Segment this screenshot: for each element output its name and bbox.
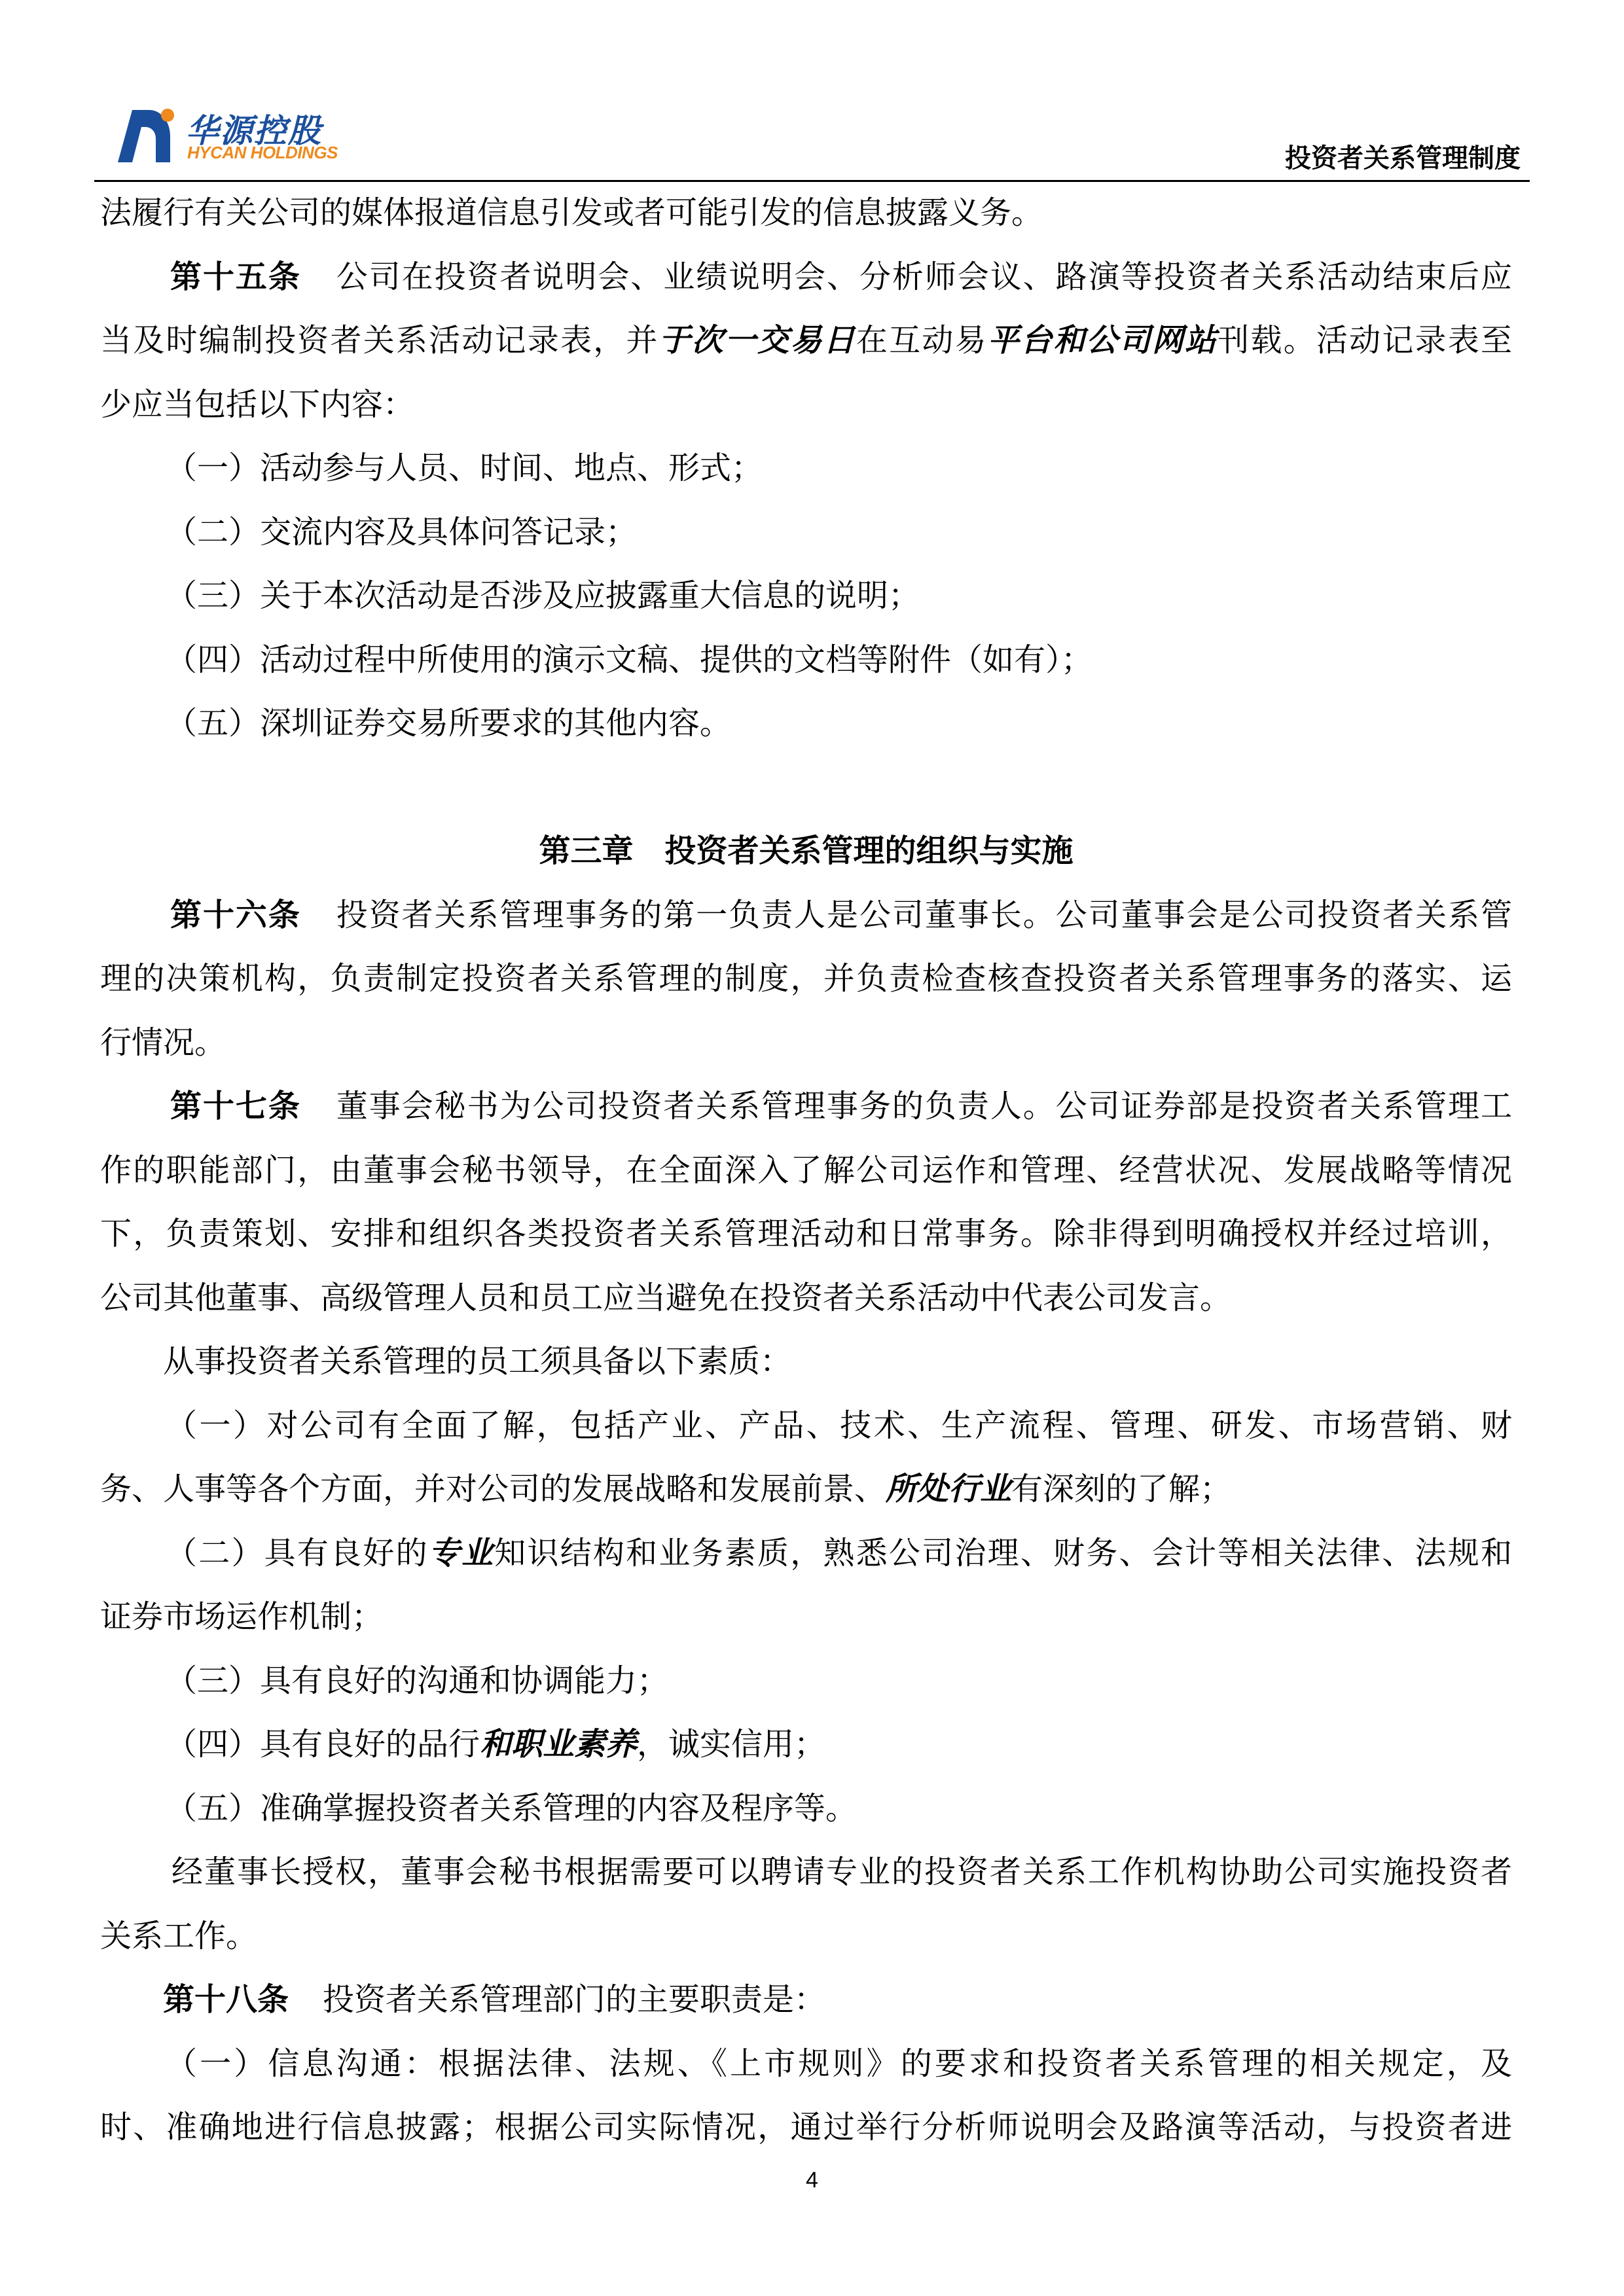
body-text: （三）具有良好的沟通和协调能力； — [166, 1662, 668, 1699]
body-text: 投资者关系管理部门的主要职责是： — [323, 1981, 825, 2018]
text-line: （二）具有良好的专业知识结构和业务素质，熟悉公司治理、财务、会计等相关法律、法规… — [166, 1522, 1512, 1586]
body-text: 关系工作。 — [100, 1918, 257, 1954]
body-text: 经董事长授权，董事会秘书根据需要可以聘请专业的投资者关系工作机构协助公司实施投资… — [171, 1854, 1512, 1890]
emphasized-text: 于次一交易日 — [659, 322, 856, 359]
text-line: （三）具有良好的沟通和协调能力； — [166, 1649, 1512, 1713]
emphasized-text: 平台和公司网站 — [988, 322, 1218, 359]
body-text: （一）信息沟通：根据法律、法规、《上市规则》的要求和投资者关系管理的相关规定，及 — [166, 2045, 1512, 2082]
text-line: 经董事长授权，董事会秘书根据需要可以聘请专业的投资者关系工作机构协助公司实施投资… — [171, 1840, 1512, 1905]
body-text: 公司在投资者说明会、业绩说明会、分析师会议、路演等投资者关系活动结束后应 — [335, 259, 1512, 295]
text-line: 下，负责策划、安排和组织各类投资者关系管理活动和日常事务。除非得到明确授权并经过… — [100, 1202, 1512, 1266]
chapter-heading: 第三章投资者关系管理的组织与实施 — [100, 819, 1512, 884]
body-text: （五）深圳证券交易所要求的其他内容。 — [166, 705, 731, 742]
text-line: 行情况。 — [100, 1011, 1512, 1075]
emphasized-text: 所处行业 — [886, 1471, 1011, 1507]
document-page: 华源控股 HYCAN HOLDINGS 投资者关系管理制度 法履行有关公司的媒体… — [0, 0, 1624, 2296]
body-text: 理的决策机构，负责制定投资者关系管理的制度，并负责检查核查投资者关系管理事务的落… — [100, 960, 1512, 997]
text-line: 第十五条公司在投资者说明会、业绩说明会、分析师会议、路演等投资者关系活动结束后应 — [170, 245, 1512, 310]
text-line: （一）活动参与人员、时间、地点、形式； — [166, 437, 1512, 501]
text-line: 公司其他董事、高级管理人员和员工应当避免在投资者关系活动中代表公司发言。 — [100, 1266, 1512, 1331]
company-logo: 华源控股 HYCAN HOLDINGS — [113, 107, 355, 164]
body-text: （一）活动参与人员、时间、地点、形式； — [166, 450, 763, 486]
body-text: 作的职能部门，由董事会秘书领导，在全面深入了解公司运作和管理、经营状况、发展战略… — [100, 1152, 1512, 1189]
text-line: （四）具有良好的品行和职业素养，诚实信用； — [166, 1713, 1512, 1777]
body-text: 时、准确地进行信息披露；根据公司实际情况，通过举行分析师说明会及路演等活动，与投… — [100, 2109, 1512, 2145]
body-text: （二）交流内容及具体问答记录； — [166, 514, 637, 550]
body-text: 董事会秘书为公司投资者关系管理事务的负责人。公司证券部是投资者关系管理工 — [335, 1088, 1512, 1124]
text-line: 第十六条投资者关系管理事务的第一负责人是公司董事长。公司董事会是公司投资者关系管 — [170, 884, 1512, 948]
body-text: （三）关于本次活动是否涉及应披露重大信息的说明； — [166, 577, 920, 614]
text-line: （一）对公司有全面了解，包括产业、产品、技术、生产流程、管理、研发、市场营销、财 — [166, 1394, 1512, 1458]
body-text: （四）活动过程中所使用的演示文稿、提供的文档等附件（如有）； — [166, 641, 1092, 678]
text-line: 作的职能部门，由董事会秘书领导，在全面深入了解公司运作和管理、经营状况、发展战略… — [100, 1139, 1512, 1203]
body-text: 下，负责策划、安排和组织各类投资者关系管理活动和日常事务。除非得到明确授权并经过… — [100, 1215, 1512, 1252]
text-line: 务、人事等各个方面，并对公司的发展战略和发展前景、所处行业有深刻的了解； — [100, 1458, 1512, 1522]
heading-text: 第三章 — [539, 833, 633, 869]
text-line: （三）关于本次活动是否涉及应披露重大信息的说明； — [166, 564, 1512, 628]
body-text: 知识结构和业务素质，熟悉公司治理、财务、会计等相关法律、法规和 — [494, 1535, 1512, 1571]
text-line: 证券市场运作机制； — [100, 1585, 1512, 1649]
article-number: 第十七条 — [170, 1088, 301, 1124]
body-text: 法履行有关公司的媒体报道信息引发或者可能引发的信息披露义务。 — [100, 194, 1043, 231]
body-text: 证券市场运作机制； — [100, 1598, 383, 1635]
document-title: 投资者关系管理制度 — [1285, 137, 1521, 175]
text-line: （二）交流内容及具体问答记录； — [166, 501, 1512, 565]
body-text: 有深刻的了解； — [1011, 1471, 1231, 1507]
text-line: 理的决策机构，负责制定投资者关系管理的制度，并负责检查核查投资者关系管理事务的落… — [100, 947, 1512, 1011]
logo-english-name: HYCAN HOLDINGS — [187, 143, 338, 163]
text-line: 时、准确地进行信息披露；根据公司实际情况，通过举行分析师说明会及路演等活动，与投… — [100, 2096, 1512, 2160]
body-text: 刊载。活动记录表至 — [1218, 322, 1512, 359]
body-text: 在互动易 — [856, 322, 988, 359]
body-text: ，诚实信用； — [637, 1726, 825, 1763]
emphasized-text: 专业 — [429, 1535, 494, 1571]
body-text: 少应当包括以下内容： — [100, 386, 414, 423]
text-line: （五）深圳证券交易所要求的其他内容。 — [166, 692, 1512, 756]
article-number: 第十八条 — [163, 1981, 289, 2018]
heading-text: 投资者关系管理的组织与实施 — [665, 833, 1074, 869]
text-line: 当及时编制投资者关系活动记录表，并于次一交易日在互动易平台和公司网站刊载。活动记… — [100, 309, 1512, 373]
body-text: 行情况。 — [100, 1024, 226, 1061]
text-line: 从事投资者关系管理的员工须具备以下素质： — [163, 1330, 1512, 1394]
body-text: （一）对公司有全面了解，包括产业、产品、技术、生产流程、管理、研发、市场营销、财 — [166, 1407, 1512, 1444]
text-line: 第十八条投资者关系管理部门的主要职责是： — [163, 1968, 1512, 2032]
body-text: （二）具有良好的 — [166, 1535, 429, 1571]
body-text: 投资者关系管理事务的第一负责人是公司董事长。公司董事会是公司投资者关系管 — [335, 897, 1512, 933]
text-line: 关系工作。 — [100, 1905, 1512, 1969]
body-text: （四）具有良好的品行 — [166, 1726, 480, 1763]
text-line: 第十七条董事会秘书为公司投资者关系管理事务的负责人。公司证券部是投资者关系管理工 — [170, 1075, 1512, 1139]
hycan-logo-mark-icon — [113, 107, 175, 162]
article-number: 第十六条 — [170, 897, 301, 933]
emphasized-text: 和职业素养 — [480, 1726, 637, 1763]
body-text: 当及时编制投资者关系活动记录表，并 — [100, 322, 659, 359]
text-line: （四）活动过程中所使用的演示文稿、提供的文档等附件（如有）； — [166, 628, 1512, 692]
text-line: （一）信息沟通：根据法律、法规、《上市规则》的要求和投资者关系管理的相关规定，及 — [166, 2032, 1512, 2096]
page-number: 4 — [0, 2168, 1624, 2193]
body-text: （五）准确掌握投资者关系管理的内容及程序等。 — [166, 1790, 857, 1827]
text-line: 少应当包括以下内容： — [100, 373, 1512, 437]
body-text: 公司其他董事、高级管理人员和员工应当避免在投资者关系活动中代表公司发言。 — [100, 1280, 1231, 1316]
body-text: 务、人事等各个方面，并对公司的发展战略和发展前景、 — [100, 1471, 886, 1507]
article-number: 第十五条 — [170, 259, 301, 295]
body-text: 从事投资者关系管理的员工须具备以下素质： — [163, 1343, 791, 1380]
text-line: （五）准确掌握投资者关系管理的内容及程序等。 — [166, 1777, 1512, 1841]
text-line: 法履行有关公司的媒体报道信息引发或者可能引发的信息披露义务。 — [100, 181, 1512, 245]
